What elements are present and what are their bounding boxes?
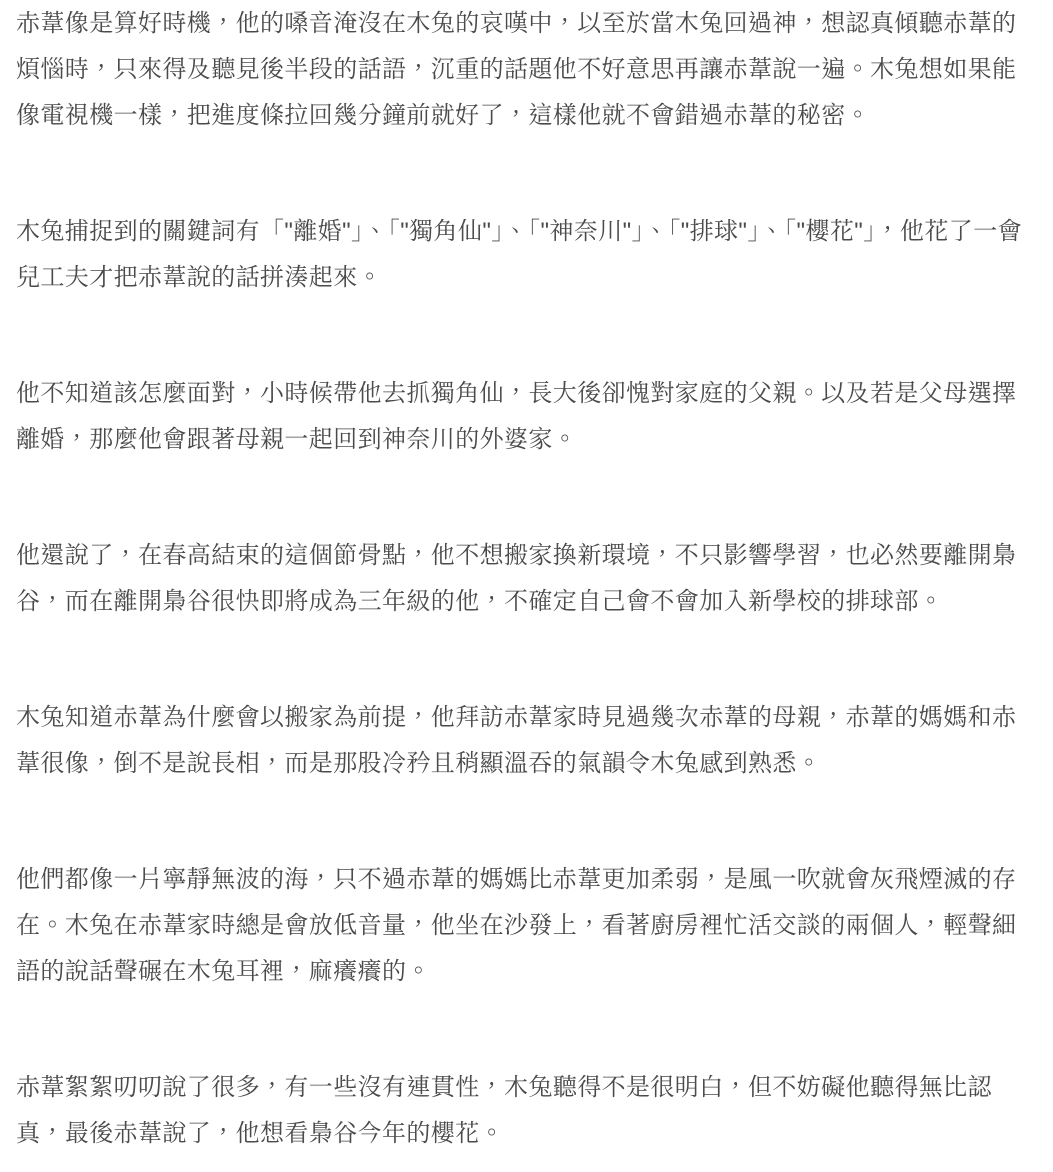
story-paragraph: 赤葦像是算好時機，他的嗓音淹沒在木兔的哀嘆中，以至於當木兔回過神，想認真傾聽赤葦…	[16, 1, 1036, 139]
story-paragraph: 赤葦絮絮叨叨說了很多，有一些沒有連貫性，木兔聽得不是很明白，但不妨礙他聽得無比認…	[16, 1065, 1036, 1157]
story-paragraph: 他還說了，在春高結束的這個節骨點，他不想搬家換新環境，不只影響學習，也必然要離開…	[16, 533, 1036, 625]
story-paragraph: 木兔捕捉到的關鍵詞有「"離婚"」、「"獨角仙"」、「"神奈川"」、「"排球"」、…	[16, 209, 1036, 301]
story-paragraph: 木兔知道赤葦為什麼會以搬家為前提，他拜訪赤葦家時見過幾次赤葦的母親，赤葦的媽媽和…	[16, 695, 1036, 787]
story-text: 赤葦像是算好時機，他的嗓音淹沒在木兔的哀嘆中，以至於當木兔回過神，想認真傾聽赤葦…	[0, 0, 1053, 1157]
story-paragraph: 他不知道該怎麼面對，小時候帶他去抓獨角仙，長大後卻愧對家庭的父親。以及若是父母選…	[16, 371, 1036, 463]
story-paragraph: 他們都像一片寧靜無波的海，只不過赤葦的媽媽比赤葦更加柔弱，是風一吹就會灰飛煙滅的…	[16, 857, 1036, 995]
